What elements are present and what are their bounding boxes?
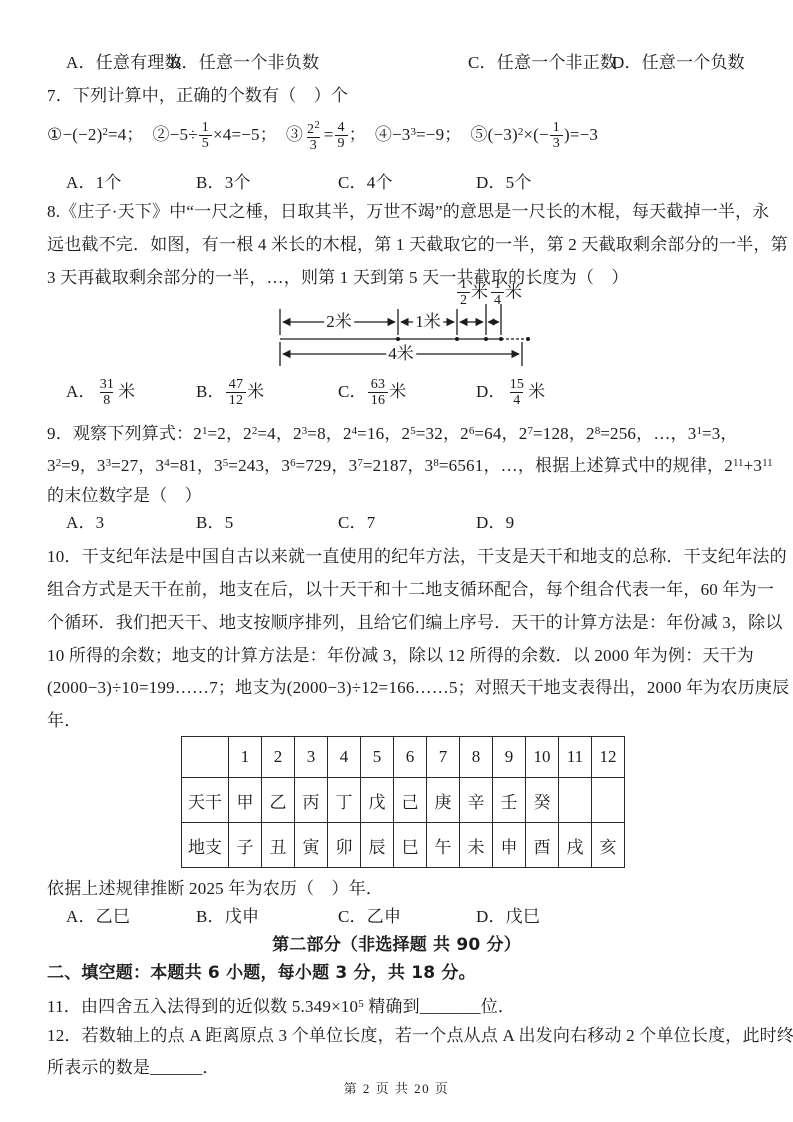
option-d: D．5个 — [476, 172, 532, 194]
option-a: A．1个 — [66, 172, 122, 194]
question-12-line-1: 12．若数轴上的点 A 距离原点 3 个单位长度，若一个点从点 A 出发向右移动… — [47, 1025, 793, 1047]
total-label-4m: 4米 — [386, 344, 416, 364]
table-row: 天干甲乙丙丁戊己庚辛壬癸 — [182, 778, 625, 823]
segment-label-1m: 1米 — [413, 312, 443, 332]
option-b: B．4712米 — [196, 370, 264, 414]
table-row: 地支子丑寅卯辰巳午未申酉戌亥 — [182, 823, 625, 868]
table-cell: 6 — [394, 737, 427, 778]
question-10-line-1: 10．干支纪年法是中国自古以来就一直使用的纪年方法，干支是天干和地支的总称．干支… — [47, 546, 787, 568]
question-7-stem: 7．下列计算中，正确的个数有（ ）个 — [47, 85, 348, 107]
option-c: C．6316米 — [338, 370, 406, 414]
table-cell: 巳 — [394, 823, 427, 868]
table-cell: 申 — [493, 823, 526, 868]
table-cell: 7 — [427, 737, 460, 778]
option-a: A．乙巳 — [66, 906, 130, 928]
question-7-options-row: A．1个 B．3个 C．4个 D．5个 — [0, 172, 793, 194]
table-cell: 3 — [295, 737, 328, 778]
table-cell: 9 — [493, 737, 526, 778]
table-cell — [592, 778, 625, 823]
table-cell: 丁 — [328, 778, 361, 823]
option-a: A．3 — [66, 512, 104, 534]
table-cell: 2 — [262, 737, 295, 778]
table-cell: 酉 — [526, 823, 559, 868]
question-8-options-row: A．318米 B．4712米 C．6316米 D．154米 — [0, 370, 793, 414]
question-8-line-1: 8.《庄子·天下》中“一尺之棰，日取其半，万世不竭”的意思是一尺长的木棍，每天截… — [47, 201, 770, 223]
table-cell: 1 — [229, 737, 262, 778]
table-cell: 甲 — [229, 778, 262, 823]
page-number-footer: 第 2 页 共 20 页 — [0, 1078, 793, 1100]
table-cell: 丑 — [262, 823, 295, 868]
table-cell: 癸 — [526, 778, 559, 823]
option-a: A．318米 — [66, 370, 135, 414]
table-cell — [559, 778, 592, 823]
table-cell: 戌 — [559, 823, 592, 868]
option-d: D．戊巳 — [476, 906, 540, 928]
option-d: D．任意一个负数 — [612, 52, 745, 74]
exam-page: A．任意有理数 B．任意一个非负数 C．任意一个非正数 D．任意一个负数 7．下… — [0, 0, 793, 1122]
question-10-tail: 依据上述规律推断 2025 年为农历（ ）年． — [47, 878, 383, 900]
fill-in-blanks-heading: 二、填空题：本题共 6 小题，每小题 3 分，共 18 分。 — [47, 962, 476, 984]
option-d: D．9 — [476, 512, 514, 534]
table-cell: 天干 — [182, 778, 229, 823]
question-10-line-6: 年． — [47, 710, 81, 732]
table-cell — [182, 737, 229, 778]
option-c: C．乙申 — [338, 906, 401, 928]
table-cell: 辰 — [361, 823, 394, 868]
question-9-line-3: 的末位数字是（ ） — [47, 485, 202, 507]
table-cell: 未 — [460, 823, 493, 868]
question-6-options-row: A．任意有理数 B．任意一个非负数 C．任意一个非正数 D．任意一个负数 — [0, 52, 793, 74]
table-cell: 戊 — [361, 778, 394, 823]
question-10-line-2: 组合方式是天干在前，地支在后，以十天干和十二地支循环配合，每个组合代表一年，60… — [47, 579, 774, 601]
table-cell: 庚 — [427, 778, 460, 823]
question-9-line-1: 9．观察下列算式：21=2，22=4，23=8，24=16，25=32，26=6… — [47, 420, 738, 442]
table-row: 123456789101112 — [182, 737, 625, 778]
option-b: B．5 — [196, 512, 233, 534]
question-8-line-2: 远也截不完．如图，有一根 4 米长的木棍，第 1 天截取它的一半，第 2 天截取… — [47, 234, 788, 256]
table-cell: 地支 — [182, 823, 229, 868]
table-cell: 亥 — [592, 823, 625, 868]
table-cell: 辛 — [460, 778, 493, 823]
ganzhi-table: 123456789101112天干甲乙丙丁戊己庚辛壬癸地支子丑寅卯辰巳午未申酉戌… — [181, 736, 625, 868]
question-12-line-2: 所表示的数是______． — [47, 1057, 220, 1079]
table-cell: 丙 — [295, 778, 328, 823]
option-b: B．3个 — [196, 172, 251, 194]
option-c: C．7 — [338, 512, 375, 534]
option-c: C．任意一个非正数 — [468, 52, 617, 74]
question-10-options-row: A．乙巳 B．戊申 C．乙申 D．戊巳 — [0, 906, 793, 928]
question-7-formulas: ①−(−2)2=4； ②−5÷15×4=−5； ③223=49； ④−33=−9… — [47, 107, 598, 157]
table-cell: 8 — [460, 737, 493, 778]
option-b: B．戊申 — [196, 906, 259, 928]
table-cell: 乙 — [262, 778, 295, 823]
table-cell: 壬 — [493, 778, 526, 823]
segment-label-2m: 2米 — [324, 312, 354, 332]
table-cell: 子 — [229, 823, 262, 868]
option-c: C．4个 — [338, 172, 393, 194]
segment-label-half-m: 12米 — [454, 278, 490, 309]
question-10-line-5: (2000−3)÷10=199……7；地支为(2000−3)÷12=166……5… — [47, 677, 789, 699]
table-cell: 4 — [328, 737, 361, 778]
table-cell: 11 — [559, 737, 592, 778]
table-cell: 5 — [361, 737, 394, 778]
table-cell: 己 — [394, 778, 427, 823]
table-cell: 寅 — [295, 823, 328, 868]
question-10-line-3: 个循环．我们把天干、地支按顺序排列，且给它们编上序号．天干的计算方法是：年份减 … — [47, 612, 783, 634]
question-10-line-4: 10 所得的余数；地支的计算方法是：年份减 3，除以 12 所得的余数．以 20… — [47, 645, 754, 667]
question-9-options-row: A．3 B．5 C．7 D．9 — [0, 512, 793, 534]
question-11: 11．由四舍五入法得到的近似数 5.349×105 精确到_______位． — [47, 993, 515, 1015]
segment-label-quarter-m: 14米 — [488, 278, 524, 309]
section-2-title: 第二部分（非选择题 共 90 分） — [0, 934, 793, 956]
table-cell: 10 — [526, 737, 559, 778]
wood-stick-figure: 2米 1米 12米 14米 4米 — [276, 282, 542, 374]
table-cell: 12 — [592, 737, 625, 778]
table-cell: 卯 — [328, 823, 361, 868]
question-9-line-2: 32=9，33=27，34=81，35=243，36=729，37=2187，3… — [47, 452, 773, 474]
option-d: D．154米 — [476, 370, 545, 414]
table-cell: 午 — [427, 823, 460, 868]
option-a: A．任意有理数 — [66, 52, 182, 74]
option-b: B．任意一个非负数 — [170, 52, 319, 74]
